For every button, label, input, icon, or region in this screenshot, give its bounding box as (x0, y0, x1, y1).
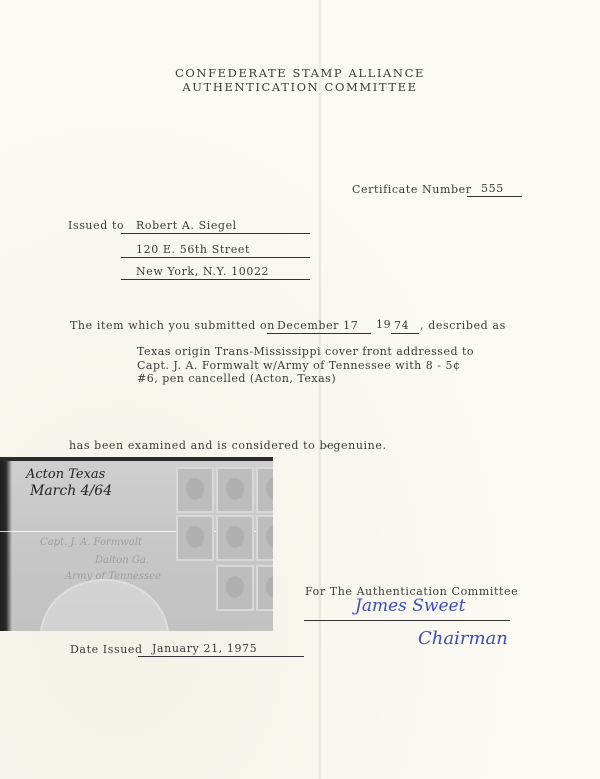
issued-to-address-line2: New York, N.Y. 10022 (121, 265, 310, 280)
org-name: CONFEDERATE STAMP ALLIANCE (0, 66, 600, 80)
stamp (256, 565, 273, 611)
description-line: Texas origin Trans-Mississippi cover fro… (137, 345, 474, 359)
date-issued-label: Date Issued (70, 643, 143, 656)
item-description: Texas origin Trans-Mississippi cover fro… (137, 345, 474, 386)
submission-suffix: , described as (420, 319, 506, 332)
issued-to-address-line1: 120 E. 56th Street (121, 243, 310, 258)
description-line: Capt. J. A. Formwalt w/Army of Tennessee… (137, 359, 474, 373)
certificate-paper (0, 0, 600, 779)
committee-name: AUTHENTICATION COMMITTEE (0, 80, 600, 94)
stamp (176, 515, 214, 561)
date-issued-value: January 21, 1975 (138, 642, 304, 657)
signature-line (304, 620, 510, 621)
description-line: #6, pen cancelled (Acton, Texas) (137, 372, 474, 386)
issued-to-label: Issued to (68, 219, 124, 232)
submission-century: 19 (376, 318, 391, 331)
cover-address-line2: Dalton Ga. (95, 555, 149, 566)
cover-photograph: Acton Texas March 4/64 Capt. J. A. Formw… (0, 457, 273, 631)
certificate-number-value: 555 (467, 182, 522, 197)
verdict-prefix: has been examined and is considered to b… (69, 439, 334, 452)
stamp (256, 467, 273, 513)
certificate-number-label: Certificate Number (352, 183, 472, 196)
cover-docket-line2: March 4/64 (30, 483, 112, 499)
signer-signature: James Sweet (355, 596, 465, 616)
stamp (216, 467, 254, 513)
submission-year: 74 (391, 319, 419, 334)
signer-title: Chairman (418, 628, 508, 649)
cover-address-line1: Capt. J. A. Formwalt (40, 537, 142, 548)
cover-seal-mark (40, 579, 169, 631)
cover-torn-edge (0, 461, 12, 631)
verdict-result: - genuine. (325, 439, 387, 452)
issued-to-name: Robert A. Siegel (121, 219, 310, 234)
stamp (216, 515, 254, 561)
cover-docket-line1: Acton Texas (26, 467, 105, 482)
stamp (216, 565, 254, 611)
stamp (256, 515, 273, 561)
stamp (176, 467, 214, 513)
submission-prefix: The item which you submitted on (70, 319, 275, 332)
submission-date: December 17 (267, 319, 371, 334)
